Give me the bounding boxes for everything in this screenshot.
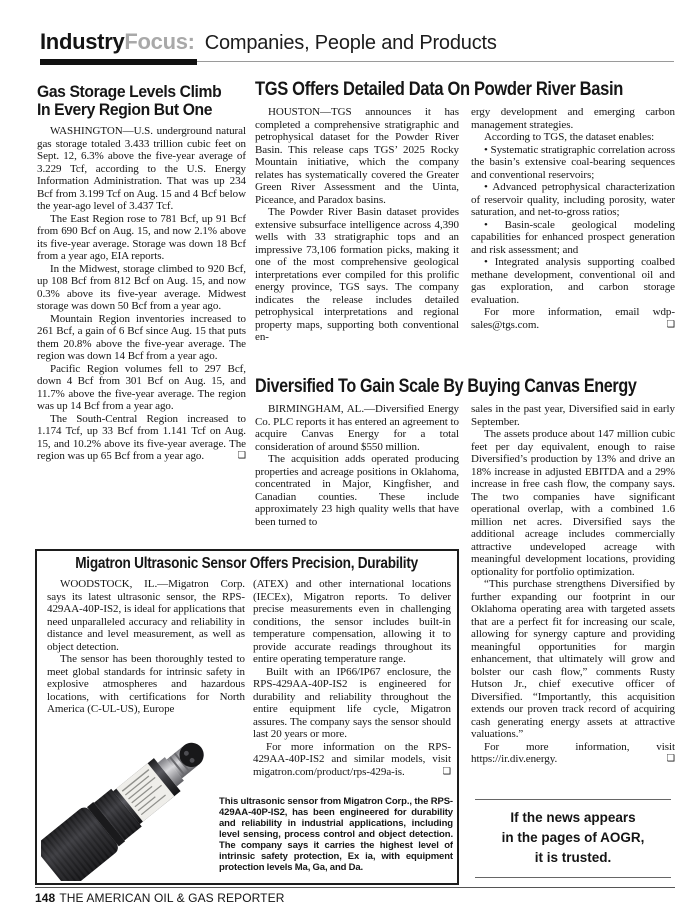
house-ad: If the news appears in the pages of AOGR…: [471, 799, 675, 878]
article-paragraph: sales in the past year, Diversified said…: [471, 403, 675, 428]
article-paragraph: The assets produce about 147 million cub…: [471, 428, 675, 578]
article-paragraph: WASHINGTON—U.S. underground natural gas …: [37, 125, 246, 213]
article-headline: Migatron Ultrasonic Sensor Offers Precis…: [37, 555, 457, 573]
article-paragraph: The South-Central Region increased to 1.…: [37, 413, 246, 463]
article-paragraph: Mountain Region inventories increased to…: [37, 313, 246, 363]
footer-rule: [35, 887, 675, 888]
article-column: HOUSTON—TGS announces it has completed a…: [255, 106, 459, 362]
article-gas-storage: Gas Storage Levels Climb In Every Region…: [37, 84, 246, 539]
brand-light: Focus:: [124, 29, 194, 54]
article-bullet: • Basin-scale geological modeling capabi…: [471, 219, 675, 257]
article-paragraph: BIRMINGHAM, AL.—Diversified Energy Co. P…: [255, 403, 459, 453]
article-column: BIRMINGHAM, AL.—Diversified Energy Co. P…: [255, 403, 459, 549]
headline-text: Migatron Ultrasonic Sensor Offers Precis…: [76, 555, 419, 573]
paragraph-text: For more information on the RPS-429AA-40…: [253, 741, 451, 778]
paragraph-text: The South-Central Region increased to 1.…: [37, 413, 246, 463]
section-subtitle: Companies, People and Products: [205, 32, 497, 55]
page-footer: 148THE AMERICAN OIL & GAS REPORTER: [35, 891, 284, 905]
article-paragraph: The East Region rose to 781 Bcf, up 91 B…: [37, 213, 246, 263]
house-ad-text: If the news appears in the pages of AOGR…: [471, 808, 675, 868]
house-ad-line: it is trusted.: [471, 848, 675, 868]
article-column: (ATEX) and other international locations…: [253, 578, 451, 794]
article-paragraph: For more information, email wdp-sales@tg…: [471, 306, 675, 331]
article-column: ergy development and emerging carbon man…: [471, 106, 675, 362]
article-paragraph: “This purchase strengthens Diversified b…: [471, 578, 675, 741]
article-column: sales in the past year, Diversified said…: [471, 403, 675, 795]
article-paragraph: The acquisition adds operated producing …: [255, 453, 459, 528]
article-headline: TGS Offers Detailed Data On Powder River…: [255, 80, 620, 100]
end-of-article-icon: ❏: [430, 766, 451, 778]
article-body: WASHINGTON—U.S. underground natural gas …: [37, 125, 246, 539]
end-of-article-icon: ❏: [654, 753, 675, 765]
photo-caption: This ultrasonic sensor from Migatron Cor…: [219, 796, 453, 883]
house-ad-line: If the news appears: [471, 808, 675, 828]
house-ad-rule-bottom: [475, 877, 671, 878]
article-headline: Diversified To Gain Scale By Buying Canv…: [255, 377, 612, 397]
paragraph-text: For more information, visit https://ir.d…: [471, 741, 675, 766]
brand-bold: Industry: [40, 29, 124, 54]
article-column: WOODSTOCK, IL.—Migatron Corp. says its l…: [47, 578, 245, 720]
article-paragraph: The Powder River Basin dataset provides …: [255, 206, 459, 344]
ultrasonic-sensor-photo: [41, 717, 243, 881]
house-ad-rule-top: [475, 799, 671, 800]
page-number: 148: [35, 891, 55, 905]
article-paragraph: The sensor has been thoroughly tested to…: [47, 653, 245, 716]
article-bullet: • Systematic stratigraphic correlation a…: [471, 144, 675, 182]
article-paragraph: For more information, visit https://ir.d…: [471, 741, 675, 766]
article-headline: Gas Storage Levels Climb: [37, 84, 236, 102]
article-paragraph: For more information on the RPS-429AA-40…: [253, 741, 451, 779]
article-paragraph: (ATEX) and other international locations…: [253, 578, 451, 666]
header-rule: [40, 59, 674, 65]
end-of-article-icon: ❏: [654, 319, 675, 331]
article-paragraph: In the Midwest, storage climbed to 920 B…: [37, 263, 246, 313]
section-brand: IndustryFocus:: [40, 29, 195, 55]
article-bullet: • Integrated analysis supporting coalbed…: [471, 256, 675, 306]
end-of-article-icon: ❏: [225, 450, 246, 462]
article-paragraph: HOUSTON—TGS announces it has completed a…: [255, 106, 459, 206]
page-header: IndustryFocus: Companies, People and Pro…: [40, 29, 674, 55]
article-headline: In Every Region But One: [37, 102, 236, 120]
article-tgs: TGS Offers Detailed Data On Powder River…: [255, 80, 675, 362]
article-bullet: • Advanced petrophysical characterizatio…: [471, 181, 675, 219]
article-migatron-box: Migatron Ultrasonic Sensor Offers Precis…: [35, 549, 459, 885]
article-paragraph: According to TGS, the dataset enables:: [471, 131, 675, 144]
publication-name: THE AMERICAN OIL & GAS REPORTER: [59, 891, 284, 905]
article-paragraph: Pacific Region volumes fell to 297 Bcf, …: [37, 363, 246, 413]
house-ad-line: in the pages of AOGR,: [471, 828, 675, 848]
header-rule-thick: [40, 59, 197, 65]
article-paragraph: WOODSTOCK, IL.—Migatron Corp. says its l…: [47, 578, 245, 653]
paragraph-text: For more information, email wdp-sales@tg…: [471, 306, 675, 331]
article-paragraph: Built with an IP66/IP67 enclosure, the R…: [253, 666, 451, 741]
article-paragraph: ergy development and emerging carbon man…: [471, 106, 675, 131]
